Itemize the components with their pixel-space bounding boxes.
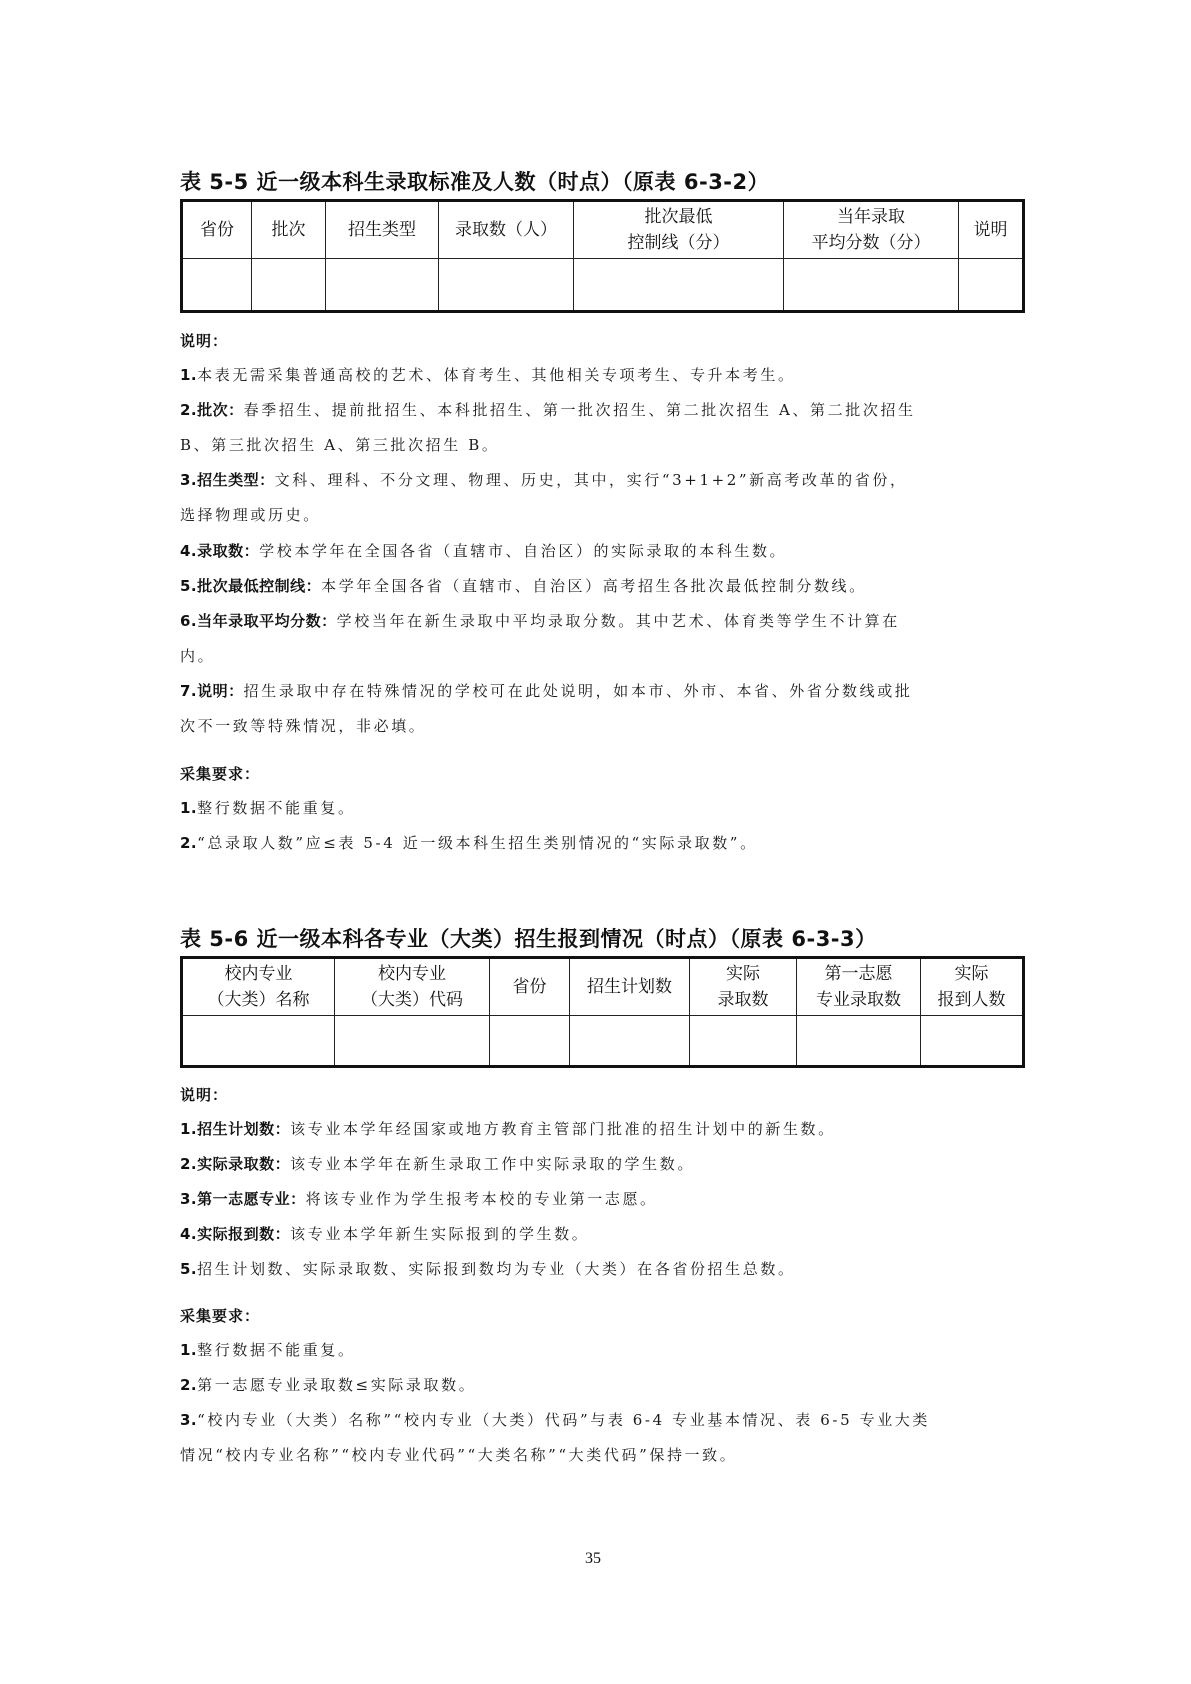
table-cell [326,259,439,312]
table-cell [490,1016,570,1067]
note-item: 6.当年录取平均分数：学校当年在新生录取中平均录取分数。其中艺术、体育类等学生不… [180,611,1022,631]
table-5-5: 省份 批次 招生类型 录取数（人） 批次最低 控制线（分） 当年录取 平均分数（… [180,199,1025,313]
table-cell [182,259,252,312]
requirement-item-continuation: 情况“校内专业名称”“校内专业代码”“大类名称”“大类代码”保持一致。 [180,1445,1022,1465]
table-5-5-title: 表 5-5 近一级本科生录取标准及人数（时点）（原表 6-3-2） [180,166,769,196]
requirements-heading: 采集要求： [180,1305,260,1326]
table-cell [797,1016,921,1067]
table-cell [182,1016,335,1067]
requirement-item: 1.整行数据不能重复。 [180,798,1022,818]
column-header-major-name: 校内专业 （大类）名称 [182,958,335,1016]
note-item-continuation: 次不一致等特殊情况，非必填。 [180,716,1022,736]
column-header-admitted-count: 录取数（人） [439,201,574,259]
column-header-enrollment-type: 招生类型 [326,201,439,259]
requirement-item: 1.整行数据不能重复。 [180,1340,1022,1360]
table-cell [690,1016,797,1067]
table-cell [784,259,959,312]
table-cell [921,1016,1024,1067]
table-cell [439,259,574,312]
requirement-item: 2.第一志愿专业录取数≤实际录取数。 [180,1375,1022,1395]
column-header-enrollment-plan: 招生计划数 [570,958,690,1016]
table-row [182,259,1024,312]
column-header-remarks: 说明 [959,201,1024,259]
column-header-avg-score: 当年录取 平均分数（分） [784,201,959,259]
column-header-min-control-line: 批次最低 控制线（分） [574,201,784,259]
requirements-heading: 采集要求： [180,763,260,784]
column-header-major-code: 校内专业 （大类）代码 [335,958,490,1016]
column-header-province: 省份 [182,201,252,259]
note-item: 3.招生类型：文科、理科、不分文理、物理、历史，其中，实行“3+1+2”新高考改… [180,470,1022,490]
note-item: 4.实际报到数：该专业本学年新生实际报到的学生数。 [180,1224,1022,1244]
table-cell [570,1016,690,1067]
column-header-batch: 批次 [252,201,326,259]
table-cell [574,259,784,312]
note-item: 2.实际录取数：该专业本学年在新生录取工作中实际录取的学生数。 [180,1154,1022,1174]
note-item: 1.招生计划数：该专业本学年经国家或地方教育主管部门批准的招生计划中的新生数。 [180,1119,1022,1139]
note-item: 3.第一志愿专业：将该专业作为学生报考本校的专业第一志愿。 [180,1189,1022,1209]
note-item-continuation: B、第三批次招生 A、第三批次招生 B。 [180,435,1022,455]
table-row [182,1016,1024,1067]
table-cell [335,1016,490,1067]
table-5-6: 校内专业 （大类）名称 校内专业 （大类）代码 省份 招生计划数 实际 录取数 … [180,956,1025,1068]
table-header-row: 省份 批次 招生类型 录取数（人） 批次最低 控制线（分） 当年录取 平均分数（… [182,201,1024,259]
requirement-item: 2.“总录取人数”应≤表 5-4 近一级本科生招生类别情况的“实际录取数”。 [180,833,1022,853]
note-item: 2.批次：春季招生、提前批招生、本科批招生、第一批次招生、第二批次招生 A、第二… [180,400,1022,420]
page-number: 35 [585,1550,601,1568]
note-item: 7.说明：招生录取中存在特殊情况的学校可在此处说明，如本市、外市、本省、外省分数… [180,681,1022,701]
notes-heading: 说明： [180,330,228,351]
table-cell [252,259,326,312]
note-item: 4.录取数：学校本学年在全国各省（直辖市、自治区）的实际录取的本科生数。 [180,541,1022,561]
note-item: 1.本表无需采集普通高校的艺术、体育考生、其他相关专项考生、专升本考生。 [180,365,1022,385]
column-header-actual-admitted: 实际 录取数 [690,958,797,1016]
notes-heading: 说明： [180,1084,228,1105]
note-item: 5.批次最低控制线：本学年全国各省（直辖市、自治区）高考招生各批次最低控制分数线… [180,576,1022,596]
note-item: 5.招生计划数、实际录取数、实际报到数均为专业（大类）在各省份招生总数。 [180,1259,1022,1279]
note-item-continuation: 选择物理或历史。 [180,505,1022,525]
column-header-first-choice-admitted: 第一志愿 专业录取数 [797,958,921,1016]
requirement-item: 3.“校内专业（大类）名称”“校内专业（大类）代码”与表 6-4 专业基本情况、… [180,1410,1022,1430]
table-header-row: 校内专业 （大类）名称 校内专业 （大类）代码 省份 招生计划数 实际 录取数 … [182,958,1024,1016]
column-header-actual-reported: 实际 报到人数 [921,958,1024,1016]
note-item-continuation: 内。 [180,646,1022,666]
table-5-6-title: 表 5-6 近一级本科各专业（大类）招生报到情况（时点）（原表 6-3-3） [180,923,877,953]
column-header-province: 省份 [490,958,570,1016]
table-cell [959,259,1024,312]
